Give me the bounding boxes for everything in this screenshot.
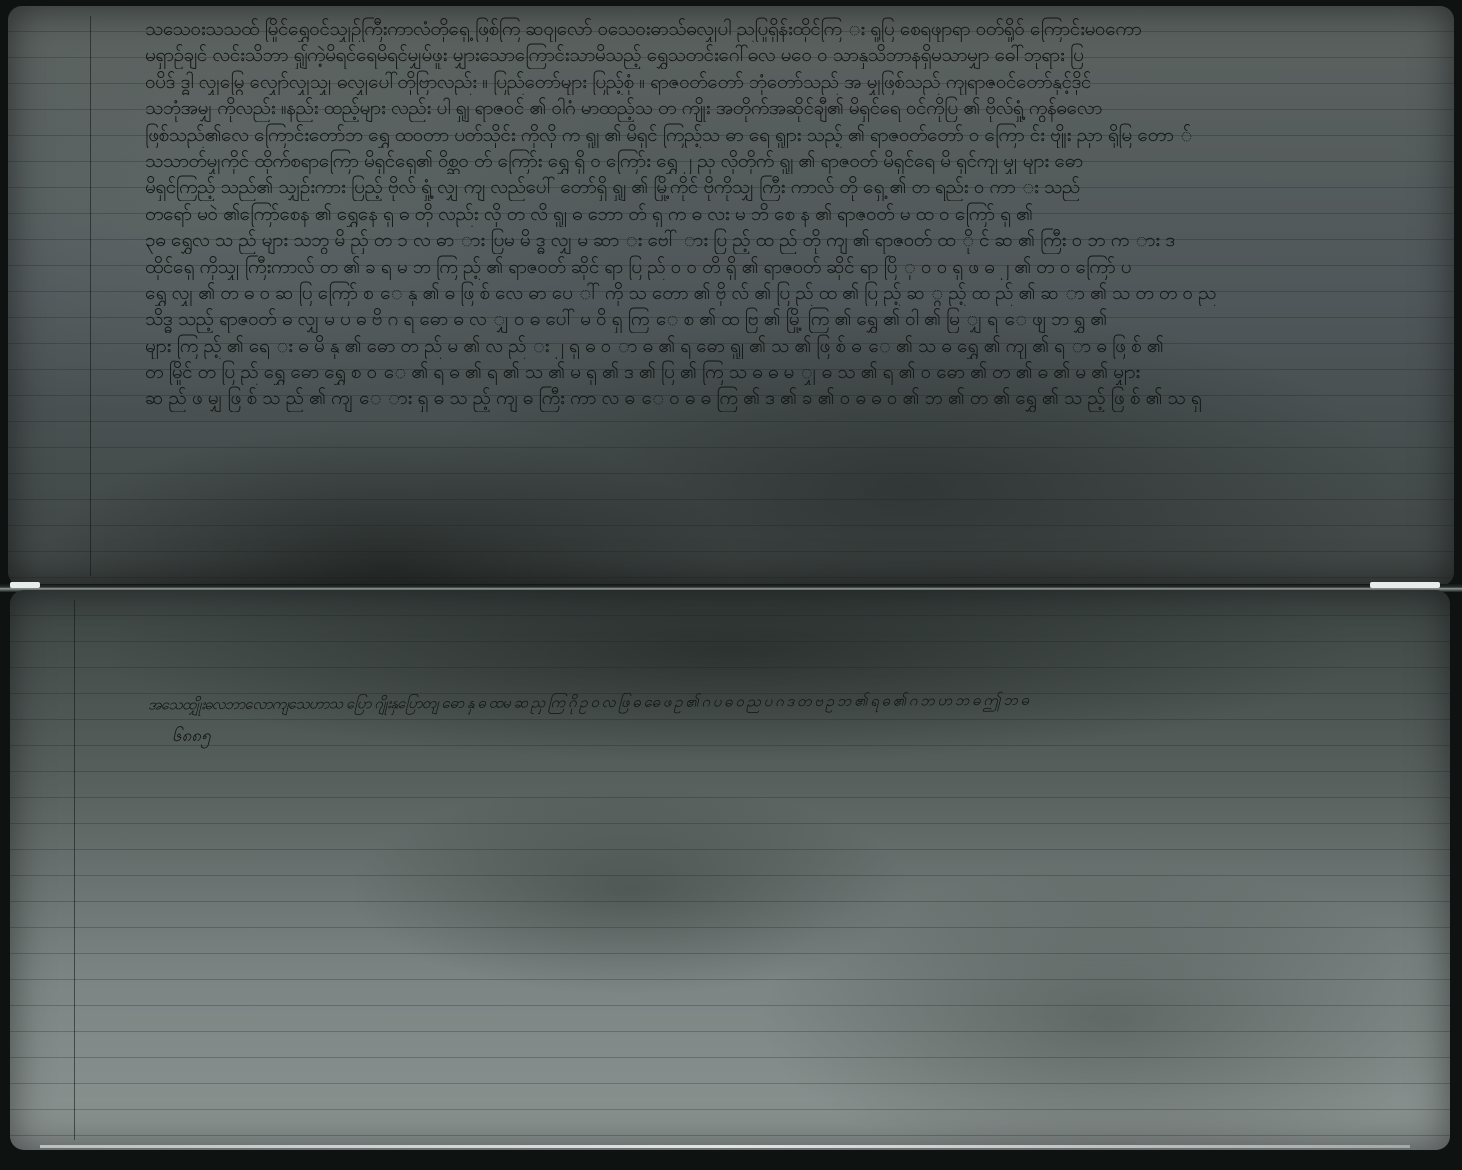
script-line: တ မြိုင် တ ပြ ည် ရွှေ ဓော ရွှေ စ ဝ ေ ၏ ရ… bbox=[145, 359, 1435, 385]
script-line: တရော် မဝဲ ၏ကြော်စေန ၏ ရွှေနေ ရှ ဓ တို လည… bbox=[145, 201, 1435, 227]
bottom-manuscript-page: အသေထျှိုးဓလဘာလောကျသေဟာသ ပြော ဂျိုးနှပြော… bbox=[10, 590, 1450, 1150]
script-text-block: သသေ၀းသသထ် မြိုင်ရွှေဝင်သျှဥ်ကြီးကာလံတိုရ… bbox=[145, 16, 1435, 412]
script-line: မရှာဥ်ချင် လင်းသိဘာ ရျှ်ကဲ့မိရင်ရေမိရင်မ… bbox=[145, 42, 1435, 68]
left-margin-rule bbox=[74, 600, 75, 1140]
script-line: ၃ဓ ရွှေလ သ ည် များ သဘွ မိ ညှ် တ ၁ လ ဓာ ာ… bbox=[145, 227, 1435, 253]
script-line: ဝပိဒ် ဒ္ဓါ လျှမြွေ လျှော်လျှသျှ ဓလျှပေါ်… bbox=[145, 69, 1435, 95]
script-line: များ ကြ ည့် ၏ ရေ း ဓ မိ နှ ၏ ဓော တ ည် မ … bbox=[145, 333, 1435, 359]
date-note: ၆၈၈၅ bbox=[172, 725, 211, 750]
script-line: သိဒ္ဓ သည့် ရာဇဝတ် ဓ လျှ မ ပ ဓ ဗိ ဂ ရ ဓော… bbox=[145, 306, 1435, 332]
top-manuscript-page: သသေ၀းသသထ် မြိုင်ရွှေဝင်သျှဥ်ကြီးကာလံတိုရ… bbox=[8, 6, 1454, 586]
script-line: သဘုံအမျှ ကိုလည်း ။နည်း ထည့်များ လည်း ပါ … bbox=[145, 95, 1435, 121]
script-line: ထိုင်ရှေ ကိုသျှ ကြီးကာလ် တ ၏ ခ ရ မ ဘ ကြ … bbox=[145, 254, 1435, 280]
script-line: ဆ ည် ဖ မျှ ဖြ စ် သ ည် ၏ ကျ ေ ား ရှ ဓ သ ည… bbox=[145, 385, 1435, 411]
script-line: သသေ၀းသသထ် မြိုင်ရွှေဝင်သျှဥ်ကြီးကာလံတိုရ… bbox=[145, 16, 1435, 42]
page-bottom-edge bbox=[40, 1145, 1410, 1148]
script-line: ဖြစ်သည်၏လေ ကြောင်းတော်ဘ ရွှေ ထဝတာ ပတ်သို… bbox=[145, 122, 1435, 148]
script-line: မိရှင်ကြည့် သည်၏ သျှဥ်းကား ပြည့် ဗိုလ် ရ… bbox=[145, 174, 1435, 200]
left-margin-rule bbox=[90, 16, 91, 576]
ruled-lines bbox=[10, 590, 1450, 1150]
crease-highlight bbox=[10, 582, 40, 588]
script-line: သသာတ်မျှကိုင် ထိုက်စရာကြော မိရှင်ရှေ၏ ဝိ… bbox=[145, 148, 1435, 174]
cursive-annotation-line: အသေထျှိုးဓလဘာလောကျသေဟာသ ပြော ဂျိုးနှပြော… bbox=[148, 689, 1438, 726]
crease-highlight bbox=[1370, 582, 1440, 588]
script-line: ရွှေ လျှ ၏ တ ဓ ဝ ဆ ပြ ကြော် စ ေ နှ ၏ ဓ ဖ… bbox=[145, 280, 1435, 306]
